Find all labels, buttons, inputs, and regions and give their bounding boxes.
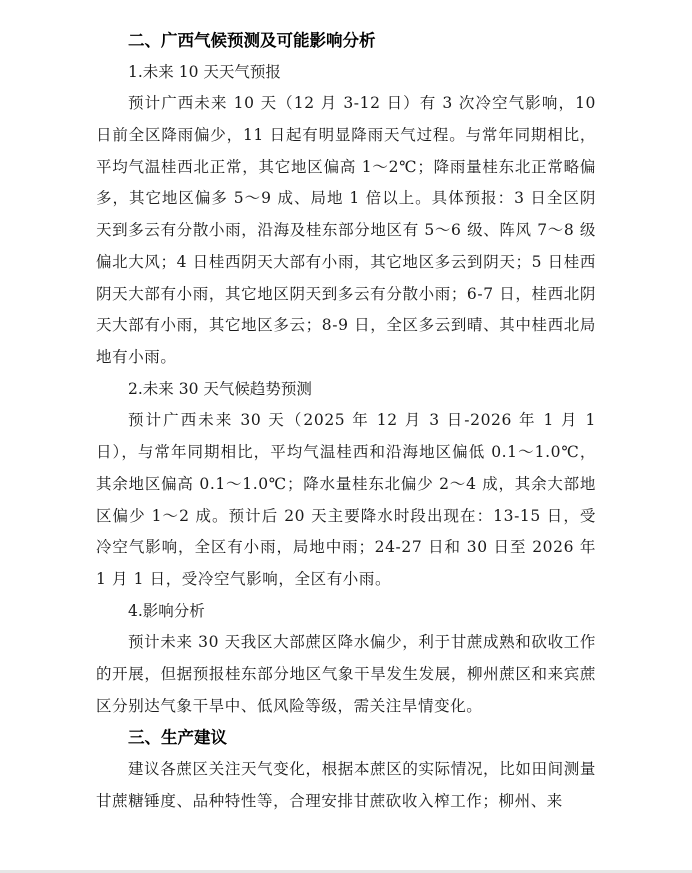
document-page: 二、广西气候预测及可能影响分析 1.未来 10 天天气预报 预计广西未来 10 …: [96, 25, 596, 818]
subsection-title-30-day: 2.未来 30 天气候趋势预测: [96, 374, 596, 406]
subsection-title-10-day: 1.未来 10 天天气预报: [96, 57, 596, 89]
paragraph-production-advice: 建议各蔗区关注天气变化，根据本蔗区的实际情况，比如田间测量甘蔗糖锤度、品种特性等…: [96, 754, 596, 817]
section-heading-production-advice: 三、生产建议: [96, 722, 596, 754]
paragraph-10-day-forecast: 预计广西未来 10 天（12 月 3-12 日）有 3 次冷空气影响，10 日前…: [96, 88, 596, 373]
paragraph-impact-analysis: 预计未来 30 天我区大部蔗区降水偏少，利于甘蔗成熟和砍收工作的开展，但据预报桂…: [96, 627, 596, 722]
paragraph-30-day-forecast: 预计广西未来 30 天（2025 年 12 月 3 日-2026 年 1 月 1…: [96, 405, 596, 595]
section-heading-climate-forecast: 二、广西气候预测及可能影响分析: [96, 25, 596, 57]
subsection-title-impact: 4.影响分析: [96, 596, 596, 628]
